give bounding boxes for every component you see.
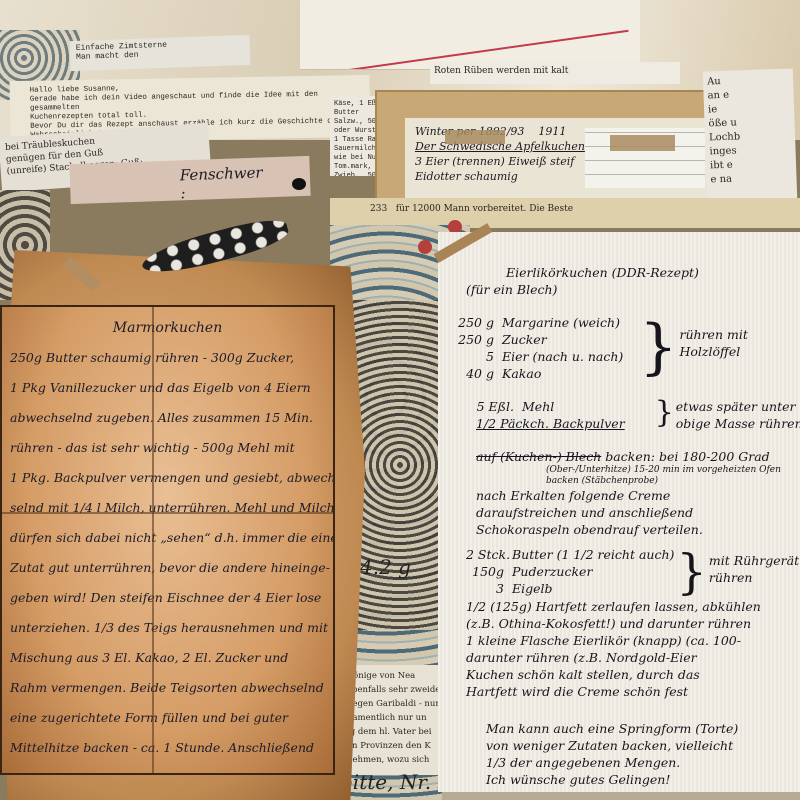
recipe-line: unterziehen. 1/3 des Teigs herausnehmen … [10,613,325,643]
roten-rueben-text: Roten Rüben werden mit kalt [434,66,568,76]
recipe-line: dürfen sich dabei nicht „sehen“ d.h. imm… [10,523,325,553]
group-note: mit Rührgerät [709,552,799,569]
closing-line: 1/3 der angegebenen Mengen. [486,754,790,771]
recipe-title: Marmorkuchen [10,313,325,343]
ingredient-name: Mehl [522,398,554,415]
eierlikoerkuchen-recipe-card: Eierlikörkuchen (DDR-Rezept) (für ein Bl… [438,232,800,792]
ingredient-name: Zucker [502,331,547,348]
recipe-line: geben wird! Den steifen Eischnee der 4 E… [10,583,325,613]
marmorkuchen-recipe: Marmorkuchen 250g Butter schaumig rühren… [0,305,335,775]
tape-strip [610,135,675,151]
brace: } [676,546,707,598]
ink-blot [292,178,306,190]
recipe-title: Eierlikörkuchen (DDR-Rezept) [486,264,790,281]
bake-details: (Ober-/Unterhitze) 15-20 min im vorgehei… [486,465,790,487]
card-line: 3 Eier (trennen) Eiweiß steif [415,154,715,169]
zimtsterne-recipe-scrap: Einfache Zimtsterne Man macht den [70,35,251,71]
instruction-line: daraufstreichen und anschließend [476,504,790,521]
instruction-line: darunter rühren (z.B. Nordgold-Eier [466,649,790,666]
berry-illustration [418,240,432,254]
group-note: etwas später unter [676,398,800,415]
instruction-line: (z.B. Othina-Kokosfett!) und darunter rü… [466,615,790,632]
instruction-line: Schokoraspeln obendrauf verteilen. [476,521,790,538]
ingredient-name: Margarine (weich) [502,314,620,331]
recipe-line: eine zugerichtete Form füllen und bei gu… [10,703,325,733]
card-year: 1911 [538,125,566,138]
closing-line: Ich wünsche gutes Gelingen! [486,771,790,788]
brace: } [655,398,674,432]
instruction-line: Hartfett wird die Creme schön fest [466,683,790,700]
closing-line: von weniger Zutaten backen, vielleicht [486,737,790,754]
ingredient-qty: 2 Stck. [466,546,512,563]
ingredient-qty: 150g [466,563,512,580]
roten-rueben-clipping: Roten Rüben werden mit kalt [430,62,680,84]
fold-line [2,512,333,514]
ingredient-qty: 250 g [456,314,502,331]
ingredient-name: Puderzucker [512,563,592,580]
ingredient-group: 5 Eßl.Mehl 1/2 Päckch. Backpulver } etwa… [486,398,790,432]
pink-paper-scrap: Fenschwer : [69,156,310,204]
recipe-line: abwechselnd zugeben. Alles zusammen 15 M… [10,403,325,433]
pink-scrap-text: Fenschwer : [180,163,263,202]
group-note: rühren [709,569,799,586]
group-note: rühren mit [680,326,748,343]
recipe-line: Mischung aus 3 El. Kakao, 2 El. Zucker u… [10,643,325,673]
recipe-line: stehen - sonst ist er weg... :-) [10,763,325,775]
recipe-line: selnd mit 1/4 l Milch, unterrühren. Mehl… [10,493,325,523]
page-number: 233 [370,204,387,214]
ingredient-name: Butter (1 1/2 reicht auch) [512,546,674,563]
recipe-line: Zutat gut unterrühren, bevor die andere … [10,553,325,583]
newspaper-text: für 12000 Mann vorbereitet. Die Beste [396,204,573,214]
tape-strip [445,130,505,144]
ingredient-qty: 3 [466,580,512,597]
ingredient-qty: 5 Eßl. [476,398,522,415]
brace: } [639,314,677,382]
recipe-line: 250g Butter schaumig rühren - 300g Zucke… [10,343,325,373]
recipe-line: 1 Pkg Vanillezucker und das Eigelb von 4… [10,373,325,403]
instruction-line: 1/2 (125g) Hartfett zerlaufen lassen, ab… [466,598,790,615]
fold-line [152,307,154,773]
ingredient-name: Eigelb [512,580,553,597]
recipe-line: 1 Pkg. Backpulver vermengen und gesiebt,… [10,463,325,493]
newspaper-band: 233 für 12000 Mann vorbereitet. Die Best… [330,198,800,228]
struck-text: auf (Kuchen-) Blech [476,449,601,464]
group-note: obige Masse rühren [676,415,800,432]
recipe-subtitle: (für ein Blech) [466,281,790,298]
ingredient-qty: 40 g [456,365,502,382]
ingredient-group: 2 Stck.Butter (1 1/2 reicht auch) 150gPu… [486,546,790,598]
instruction-line: Kuchen schön kalt stellen, durch das [466,666,790,683]
ingredient-name: Backpulver [553,415,625,432]
lexicon-line: e na [710,171,792,188]
rose-stationery [300,0,640,70]
recipe-line: Mittelhitze backen - ca. 1 Stunde. Ansch… [10,733,325,763]
recipe-line: rühren - das ist sehr wichtig - 500g Meh… [10,433,325,463]
ingredient-group: 250 gMargarine (weich) 250 gZucker 5Eier… [486,314,790,382]
ingredient-qty: 250 g [456,331,502,348]
bake-instruction: backen: bei 180-200 Grad [605,449,769,464]
ingredient-name: Eier (nach u. nach) [502,348,623,365]
closing-line: Man kann auch eine Springform (Torte) [486,720,790,737]
instruction-line: nach Erkalten folgende Creme [476,487,790,504]
ingredient-name: Kakao [502,365,541,382]
ingredient-qty: 1/2 Päckch. [476,415,549,432]
instruction-line: 1 kleine Flasche Eierlikör (knapp) (ca. … [466,632,790,649]
recipe-line: Rahm vermengen. Beide Teigsorten abwechs… [10,673,325,703]
group-note: Holzlöffel [680,343,748,360]
ingredient-qty: 5 [456,348,502,365]
card-line: Eidotter schaumig [415,169,715,184]
lexicon-strip: Au an e ie öße u Lochb inges ibt e e na [703,68,797,201]
handwritten-number: 4.2 g [360,555,420,585]
